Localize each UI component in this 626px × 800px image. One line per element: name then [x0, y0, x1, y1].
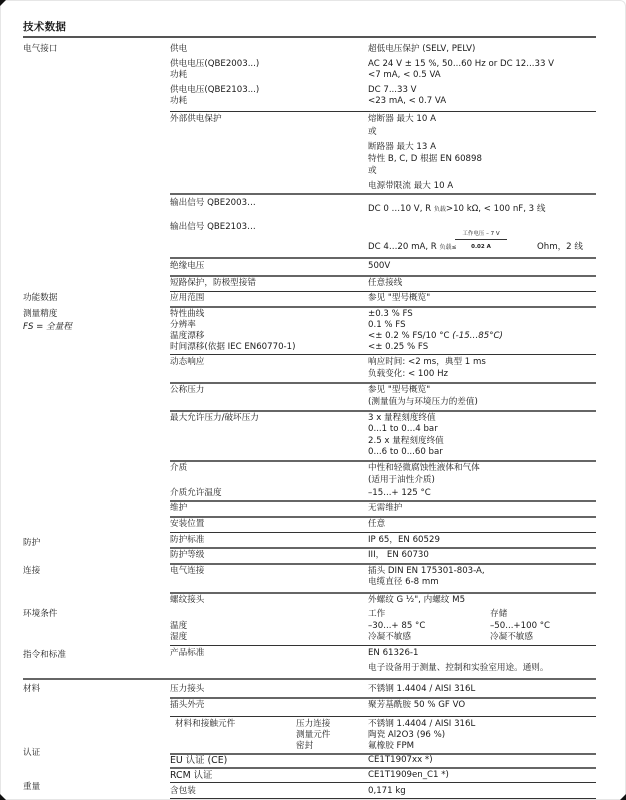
power-2003-label: 功耗 — [170, 70, 187, 81]
dynamic-value: 响应时间: <2 ms，典型 1 ms — [368, 357, 486, 368]
power-2103-label: 功耗 — [170, 96, 187, 107]
voltage-2103-label: 供电电压(QBE2103...) — [170, 85, 259, 96]
section-accuracy: 测量精度 — [23, 309, 57, 320]
wetted-item-label: 测量元件 — [296, 730, 330, 741]
env-humidity-storage: 冷凝不敏感 — [490, 632, 533, 643]
ext-protection-value: 或 — [368, 166, 377, 177]
env-storage-header: 存储 — [490, 609, 507, 620]
section-protection: 防护 — [23, 538, 40, 549]
thread-value: 外螺纹 G ½", 内螺纹 M5 — [368, 595, 465, 606]
protection-class-value: III， EN 60730 — [368, 550, 429, 561]
plug-housing-value: 聚芳基酰胺 50 % GF VO — [368, 700, 465, 711]
ext-protection-value: 或 — [368, 127, 377, 138]
resolution-label: 分辨率 — [170, 320, 196, 331]
nominal-pressure-label: 公称压力 — [170, 385, 204, 396]
medium-temp-value: –15...+ 125 °C — [368, 488, 431, 499]
supply-label: 供电 — [170, 44, 187, 55]
ext-protection-value: 断路器 最大 13 A — [368, 142, 436, 153]
product-std-label: 产品标准 — [170, 648, 204, 659]
section-certification: 认证 — [23, 748, 40, 759]
row-divider — [170, 547, 596, 549]
max-pressure-value: 0...1 to 0…4 bar — [368, 424, 438, 435]
product-std-value: EN 61326-1 — [368, 648, 419, 659]
output-2103-label: 输出信号 QBE2103… — [170, 222, 256, 233]
row-divider — [170, 645, 596, 646]
output-2003-value: DC 0 …10 V, R 负载>10 kΩ, < 100 nF, 3 线 — [368, 204, 545, 215]
rcm-cert-value: CE1T1909en_C1 *) — [368, 770, 449, 781]
electrical-conn-value: 电缆直径 6-8 mm — [368, 577, 439, 588]
protection-class-label: 防护等级 — [170, 550, 204, 561]
row-divider — [170, 257, 596, 259]
row-divider — [170, 516, 596, 518]
section-materials: 材料 — [23, 684, 40, 695]
output-2003-label: 输出信号 QBE2003… — [170, 198, 256, 209]
application-value: 参见 "型号概览" — [368, 293, 430, 304]
characteristic-value: ±0.3 % FS — [368, 309, 413, 320]
section-function: 功能数据 — [23, 293, 57, 304]
voltage-2003-value: AC 24 V ± 15 %, 50...60 Hz or DC 12...33… — [368, 59, 554, 70]
voltage-2003-label: 供电电压(QBE2003...) — [170, 59, 259, 70]
env-temp-operation: –30...+ 85 °C — [368, 621, 425, 632]
voltage-2103-value: DC 7...33 V — [368, 85, 417, 96]
row-divider — [170, 767, 596, 769]
nominal-pressure-value: (测量值为与环境压力的差值) — [368, 397, 478, 408]
ext-protection-label: 外部供电保护 — [170, 114, 222, 125]
row-divider — [170, 275, 596, 277]
section-divider — [23, 678, 596, 680]
row-divider — [170, 410, 596, 412]
electrical-conn-label: 电气连接 — [170, 566, 204, 577]
mounting-value: 任意 — [368, 519, 385, 530]
row-divider — [170, 306, 596, 308]
output-2103-value: DC 4…20 mA, R 负载≤ — [368, 242, 457, 253]
supply-value: 超低电压保护 (SELV, PELV) — [368, 44, 475, 55]
medium-label: 介质 — [170, 463, 187, 474]
section-directives: 指令和标准 — [23, 650, 66, 661]
dynamic-label: 动态响应 — [170, 357, 204, 368]
insulation-value: 500V — [368, 261, 390, 272]
page-title: 技术数据 — [23, 19, 66, 34]
output-2103-unit: Ohm，2 线 — [537, 242, 583, 253]
electrical-conn-value: 插头 DIN EN 175301-803-A, — [368, 566, 485, 577]
row-divider — [170, 782, 596, 783]
medium-value: (适用于油性介质) — [368, 475, 435, 486]
plug-housing-label: 插头外壳 — [170, 700, 204, 711]
characteristic-label: 特性曲线 — [170, 309, 204, 320]
mounting-label: 安装位置 — [170, 519, 204, 530]
section-environment: 环境条件 — [23, 609, 57, 620]
row-divider — [170, 111, 596, 112]
env-humidity-operation: 冷凝不敏感 — [368, 632, 411, 643]
maintenance-label: 维护 — [170, 503, 187, 514]
row-divider — [170, 291, 596, 292]
resolution-value: 0.1 % FS — [368, 320, 406, 331]
corner-marker — [0, 0, 6, 6]
env-operation-header: 工作 — [368, 609, 385, 620]
env-temp-storage: –50...+100 °C — [490, 621, 550, 632]
time-drift-value: <± 0.25 % FS — [368, 342, 428, 353]
product-std-value: 电子设备用于测量、控制和实验室用途。通则。 — [368, 663, 548, 674]
max-pressure-value: 2.5 x 量程刻度终值 — [368, 436, 444, 447]
power-2003-value: <7 mA, < 0.5 VA — [368, 70, 441, 81]
row-divider — [170, 500, 596, 502]
temp-drift-label: 温度漂移 — [170, 331, 204, 342]
rcm-cert-label: RCM 认证 — [170, 770, 212, 781]
section-connection: 连接 — [23, 566, 40, 577]
medium-temp-label: 介质允许温度 — [170, 488, 222, 499]
max-pressure-value: 0...6 to 0...60 bar — [368, 447, 443, 458]
corner-marker — [620, 794, 626, 800]
corner-marker — [0, 794, 6, 800]
ext-protection-value: 电源带限流 最大 10 A — [368, 181, 453, 192]
row-divider — [170, 354, 596, 355]
row-divider — [170, 798, 596, 799]
row-divider — [170, 697, 596, 699]
medium-value: 中性和轻微腐蚀性液体和气体 — [368, 463, 480, 474]
nominal-pressure-value: 参见 "型号概览" — [368, 385, 430, 396]
env-temp-label: 温度 — [170, 621, 187, 632]
ext-protection-value: 熔断器 最大 10 A — [368, 114, 436, 125]
protection-std-label: 防护标准 — [170, 535, 204, 546]
wetted-item-value: 陶瓷 Al2O3 (96 %) — [368, 730, 445, 741]
row-divider — [170, 592, 596, 594]
row-divider — [170, 532, 596, 533]
section-weight: 重量 — [23, 782, 40, 793]
temp-drift-value: <± 0.2 % FS/10 °C (-15…85°C) — [368, 331, 503, 342]
wetted-item-label: 压力连接 — [296, 719, 330, 730]
pressure-conn-value: 不锈钢 1.4404 / AISI 316L — [368, 684, 475, 695]
wetted-item-value: 氟橡胶 FPM — [368, 741, 414, 752]
row-divider — [170, 460, 596, 462]
short-circuit-label: 短路保护，防极型接错 — [170, 278, 256, 289]
insulation-label: 绝缘电压 — [170, 261, 204, 272]
power-2103-value: <23 mA, < 0.7 VA — [368, 96, 446, 107]
row-divider — [170, 563, 596, 565]
env-humidity-label: 湿度 — [170, 632, 187, 643]
pressure-conn-label: 压力接头 — [170, 684, 204, 695]
wetted-item-label: 密封 — [296, 741, 313, 752]
row-divider — [170, 716, 596, 717]
maintenance-value: 无需维护 — [368, 503, 402, 514]
dynamic-value: 负载变化: < 100 Hz — [368, 369, 448, 380]
max-pressure-value: 3 x 量程刻度终值 — [368, 413, 436, 424]
title-divider — [23, 36, 596, 38]
application-label: 应用范围 — [170, 293, 204, 304]
ext-protection-value: 特性 B, C, D 根据 EN 60898 — [368, 154, 482, 165]
eu-cert-label: EU 认证 (CE) — [170, 755, 227, 766]
max-pressure-label: 最大允许压力/破坏压力 — [170, 413, 259, 424]
time-drift-label: 时间漂移(依据 IEC EN60770-1) — [170, 342, 295, 353]
section-electrical: 电气接口 — [23, 44, 57, 55]
weight-value: 0,171 kg — [368, 786, 406, 797]
fs-note: FS = 全量程 — [23, 322, 72, 333]
row-divider — [170, 193, 596, 195]
wetted-label: 材料和接触元件 — [175, 719, 235, 730]
weight-label: 含包装 — [170, 786, 196, 797]
thread-label: 螺纹接头 — [170, 595, 204, 606]
output-formula-fraction: 工作电压 – 7 V 0.02 A — [455, 231, 507, 251]
protection-std-value: IP 65，EN 60529 — [368, 535, 440, 546]
row-divider — [170, 382, 596, 384]
eu-cert-value: CE1T1907xx *) — [368, 755, 433, 766]
short-circuit-value: 任意接线 — [368, 278, 402, 289]
document-page — [0, 0, 626, 800]
wetted-item-value: 不锈钢 1.4404 / AISI 316L — [368, 719, 475, 730]
